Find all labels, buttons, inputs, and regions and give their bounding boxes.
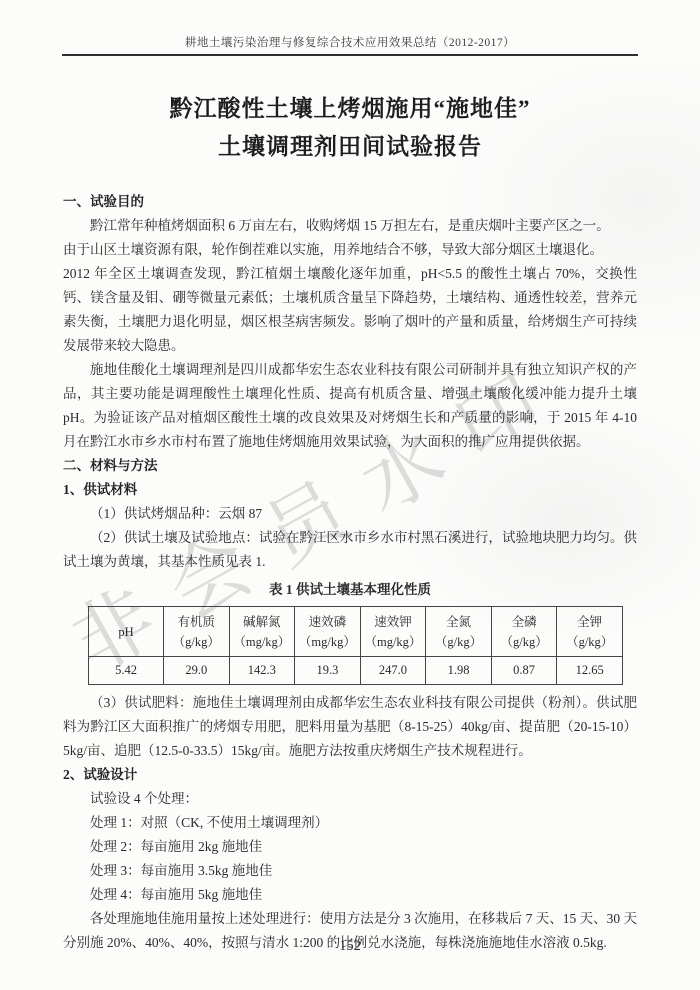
section-materials-heading: 二、材料与方法 — [63, 454, 637, 478]
column-header-alkali-n: 碱解氮 （mg/kg） — [229, 607, 295, 657]
purpose-paragraph-2: 由于山区土壤资源有限，轮作倒茬难以实施，用养地结合不够，导致大部分烟区土壤退化。 — [63, 238, 637, 262]
treatment-4: 处理 4：每亩施用 5kg 施地佳 — [63, 883, 637, 907]
column-unit: （mg/kg） — [362, 632, 425, 652]
column-header-available-k: 速效钾 （mg/kg） — [360, 607, 426, 657]
column-name: 全钾 — [558, 612, 621, 632]
design-intro: 试验设 4 个处理： — [63, 787, 637, 811]
column-header-organic-matter: 有机质 （g/kg） — [164, 607, 230, 657]
column-unit: （g/kg） — [165, 632, 228, 652]
page-number: 152 — [0, 938, 700, 955]
document-title-line-2: 土壤调理剂田间试验报告 — [63, 128, 637, 166]
column-name: 碱解氮 — [231, 612, 294, 632]
column-name: 全磷 — [493, 612, 556, 632]
section-purpose-heading: 一、试验目的 — [63, 190, 637, 214]
value-available-p: 19.3 — [295, 657, 361, 685]
treatment-1: 处理 1：对照（CK, 不使用土壤调理剂） — [63, 811, 637, 835]
running-header-text: 耕地土壤污染治理与修复综合技术应用效果总结（2012-2017） — [185, 37, 515, 49]
fertilizer-item: （3）供试肥料：施地佳土壤调理剂由成都华宏生态农业科技有限公司提供（粉剂）。供试… — [63, 691, 637, 763]
value-alkali-n: 142.3 — [229, 657, 295, 685]
running-header: 耕地土壤污染治理与修复综合技术应用效果总结（2012-2017） — [62, 34, 638, 56]
value-organic-matter: 29.0 — [164, 657, 230, 685]
subsection-materials-heading: 1、供试材料 — [63, 478, 637, 502]
column-name: 有机质 — [165, 612, 228, 632]
purpose-paragraph-1: 黔江常年种植烤烟面积 6 万亩左右，收购烤烟 15 万担左右，是重庆烟叶主要产区… — [63, 214, 637, 238]
value-total-n: 1.98 — [426, 657, 492, 685]
column-unit: （g/kg） — [558, 632, 621, 652]
document-title: 黔江酸性土壤上烤烟施用“施地佳” 土壤调理剂田间试验报告 — [63, 90, 637, 166]
product-intro-paragraph: 施地佳酸化土壤调理剂是四川成都华宏生态农业科技有限公司研制并具有独立知识产权的产… — [63, 358, 637, 454]
soil-properties-table: pH 有机质 （g/kg） 碱解氮 （mg/kg） 速效磷 （mg/kg） — [88, 606, 623, 685]
column-unit: （mg/kg） — [296, 632, 359, 652]
column-unit: （g/kg） — [493, 632, 556, 652]
column-name: pH — [90, 622, 162, 642]
table-data-row: 5.42 29.0 142.3 19.3 247.0 1.98 0.87 12.… — [89, 657, 623, 685]
table-header-row: pH 有机质 （g/kg） 碱解氮 （mg/kg） 速效磷 （mg/kg） — [89, 607, 623, 657]
purpose-paragraph-3: 2012 年全区土壤调查发现，黔江植烟土壤酸化逐年加重，pH<5.5 的酸性土壤… — [63, 262, 637, 358]
document-title-line-1: 黔江酸性土壤上烤烟施用“施地佳” — [63, 90, 637, 128]
column-unit: （g/kg） — [427, 632, 490, 652]
soil-site-item: （2）供试土壤及试验地点：试验在黔江区水市乡水市村黑石溪进行，试验地块肥力均匀。… — [63, 526, 637, 574]
treatment-3: 处理 3：每亩施用 3.5kg 施地佳 — [63, 859, 637, 883]
value-available-k: 247.0 — [360, 657, 426, 685]
column-header-total-p: 全磷 （g/kg） — [491, 607, 557, 657]
document-page: 非会员水印 耕地土壤污染治理与修复综合技术应用效果总结（2012-2017） 黔… — [0, 0, 700, 990]
column-header-ph: pH — [89, 607, 164, 657]
treatment-2: 处理 2：每亩施用 2kg 施地佳 — [63, 835, 637, 859]
column-unit: （mg/kg） — [231, 632, 294, 652]
tobacco-variety-item: （1）供试烤烟品种：云烟 87 — [63, 502, 637, 526]
page-content: 黔江酸性土壤上烤烟施用“施地佳” 土壤调理剂田间试验报告 一、试验目的 黔江常年… — [63, 90, 637, 955]
table-caption: 表 1 供试土壤基本理化性质 — [63, 578, 637, 602]
column-name: 速效磷 — [296, 612, 359, 632]
subsection-design-heading: 2、试验设计 — [63, 763, 637, 787]
value-total-p: 0.87 — [491, 657, 557, 685]
column-name: 速效钾 — [362, 612, 425, 632]
value-total-k: 12.65 — [557, 657, 623, 685]
value-ph: 5.42 — [89, 657, 164, 685]
column-name: 全氮 — [427, 612, 490, 632]
column-header-total-n: 全氮 （g/kg） — [426, 607, 492, 657]
column-header-available-p: 速效磷 （mg/kg） — [295, 607, 361, 657]
column-header-total-k: 全钾 （g/kg） — [557, 607, 623, 657]
